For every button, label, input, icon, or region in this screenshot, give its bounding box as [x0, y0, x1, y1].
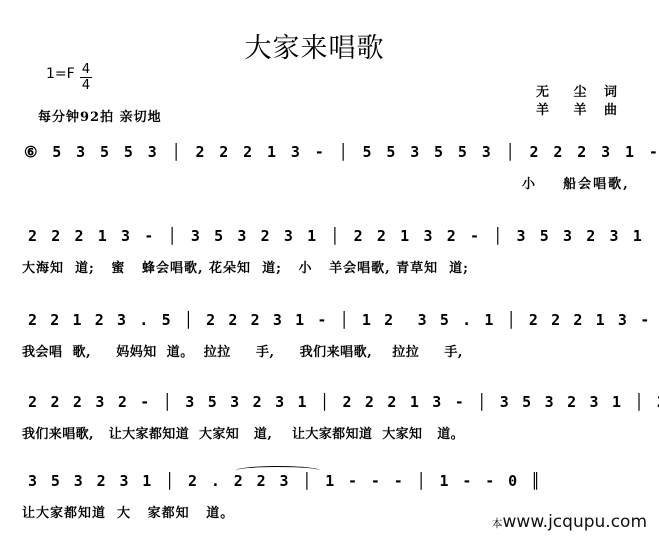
- composer-role: 曲: [604, 102, 638, 120]
- composer-name: 羊 羊: [536, 102, 604, 120]
- staff-system-2: 2 2 2 1 3 - │ 3 5 3 2 3 1 │ 2 2 1 3 2 - …: [0, 227, 659, 287]
- time-denominator: 4: [80, 79, 92, 92]
- notes-line: 2 2 2 1 3 - │ 3 5 3 2 3 1 │ 2 2 1 3 2 - …: [28, 227, 659, 251]
- tempo-marking: 每分钟92拍 亲切地: [38, 106, 162, 125]
- lyrics-line: 我们来唱歌, 让大家都知道 大家知 道, 让大家都知道 大家知 道。: [22, 423, 464, 442]
- lyricist-credit: 无 尘词: [536, 84, 638, 102]
- key-signature: 1=F: [46, 66, 75, 82]
- notes-line: ⑥ 5 3 5 5 3 │ 2 2 2 1 3 - │ 5 5 3 5 5 3 …: [24, 143, 659, 167]
- song-title: 大家来唱歌: [0, 26, 659, 65]
- lyricist-name: 无 尘: [536, 84, 604, 102]
- lyrics-line: 大海知 道; 蜜 蜂会唱歌, 花朵知 道; 小 羊会唱歌, 青草知 道;: [22, 257, 469, 276]
- watermark-prefix: 本: [492, 517, 503, 530]
- time-signature: 4 4: [80, 63, 92, 92]
- lyrics-line: 我会唱 歌, 妈妈知 道。 拉拉 手, 我们来唱歌, 拉拉 手,: [22, 341, 463, 360]
- staff-system-3: 2 2 1 2 3 . 5 │ 2 2 2 3 1 - │ 1 2 3 5 . …: [0, 311, 659, 371]
- composer-credit: 羊 羊曲: [536, 102, 638, 120]
- watermark: 本www.jcqupu.com: [492, 512, 647, 532]
- lyricist-role: 词: [604, 84, 638, 102]
- lyrics-line: 小 船会唱歌,: [522, 173, 630, 192]
- tie-arc: [236, 466, 320, 475]
- watermark-url: www.jcqupu.com: [503, 512, 647, 532]
- notes-line: 2 2 2 3 2 - │ 3 5 3 2 3 1 │ 2 2 2 1 3 - …: [28, 393, 659, 417]
- staff-system-4: 2 2 2 3 2 - │ 3 5 3 2 3 1 │ 2 2 2 1 3 - …: [0, 393, 659, 453]
- staff-system-1: ⑥ 5 3 5 5 3 │ 2 2 2 1 3 - │ 5 5 3 5 5 3 …: [0, 143, 659, 203]
- notes-line: 2 2 1 2 3 . 5 │ 2 2 2 3 1 - │ 1 2 3 5 . …: [28, 311, 659, 335]
- lyrics-line: 让大家都知道 大 家都知 道。: [22, 502, 234, 521]
- time-numerator: 4: [80, 63, 92, 76]
- credits: 无 尘词 羊 羊曲: [536, 84, 638, 120]
- notes-line: 3 5 3 2 3 1 │ 2 . 2 2 3 │ 1 - - - │ 1 - …: [28, 472, 542, 496]
